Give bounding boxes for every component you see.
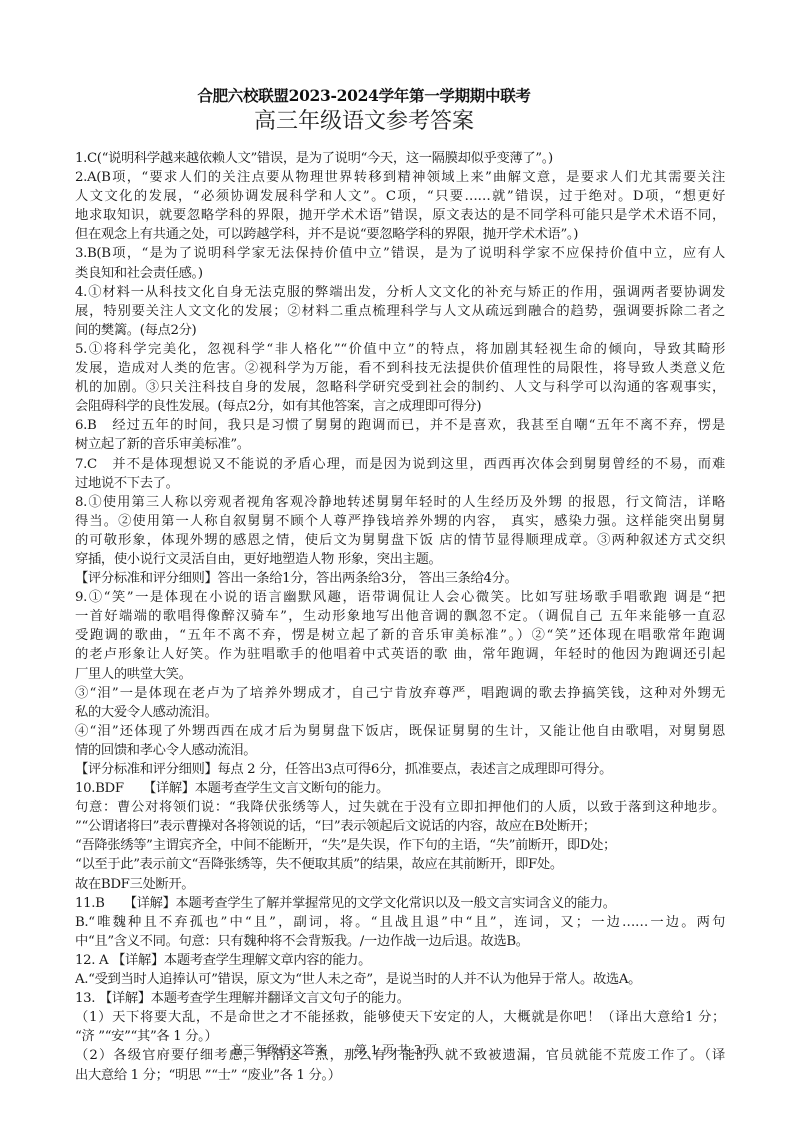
text-line: 展，特别要关注人文文化的发展；②材料二重点梳理科学与人文从疏远到融合的趋势，强调… [75, 302, 725, 321]
text-line: 情的回馈和孝心令人感动流泪。 [75, 741, 725, 760]
text-line: 私的大爱令人感动流泪。 [75, 703, 725, 722]
text-line: 5.①将科学完美化，忽视科学“非人格化”“价值中立”的特点，将加剧其轻视生命的倾… [75, 340, 725, 359]
text-line: 但在观念上有共通之处，可以跨越学科，并不是说“要忽略学科的界限，抛开学术术语”。… [75, 225, 725, 244]
text-line: 会阻碍科学的良性发展。(每点2分，如有其他答案，言之成理即可得分) [75, 397, 725, 416]
text-line: 发展，造成对人类的危害。②视科学为万能，看不到科技无法提供价值理性的局限性，将导… [75, 359, 725, 378]
text-line: 间的樊篱。(每点2分) [75, 321, 725, 340]
text-line: 类良知和社会责任感。) [75, 264, 725, 283]
text-line: 过地说不下去了。 [75, 474, 725, 493]
text-line: 的可敬形象，体现外甥的感恩之情，使后文为舅舅盘下饭 店的情节显得顺理成章。③两种… [75, 531, 725, 550]
text-line: ”“公谓诸将曰”表示曹操对各将领说的话，“曰”表示领起后文说话的内容，故应在B处… [75, 817, 725, 836]
text-line: A.“受到当时人追捧认可”错误，原文为“世人未之奇”，是说当时的人并不认为他异于… [75, 970, 725, 989]
text-line: 2.A(B项，“要求人们的关注点要从物理世界转移到精神领域上来”曲解文意，是要求… [75, 168, 725, 187]
text-line: 机的加剧。③只关注科技自身的发展，忽略科学研究受到社会的制约、人文与科学可以沟通… [75, 378, 725, 397]
page-footer: 高三年级语文答案 第 1 页 共 3 页 [231, 1041, 437, 1058]
text-line: 句意：曹公对将领们说：“我降伏张绣等人，过失就在于没有立即扣押他们的人质，以致于… [75, 798, 725, 817]
text-line: 13. 【详解】本题考查学生理解并翻译文言文句子的能力。 [75, 989, 725, 1008]
text-line: 故在BDF三处断开。 [75, 875, 725, 894]
text-line: 6.B 经过五年的时间，我只是习惯了舅舅的跑调而已，并不是喜欢，我甚至自嘲“五年… [75, 416, 725, 435]
text-line: 8.①使用第三人称以旁观者视角客观冷静地转述舅舅年轻时的人生经历及外甥 的报恩，… [75, 493, 725, 512]
text-line: 7.C 并不是体现想说又不能说的矛盾心理，而是因为说到这里，西西再次体会到舅舅曾… [75, 455, 725, 474]
document-page: 合肥六校联盟2023-2024学年第一学期期中联考 高三年级语文参考答案 1.C… [0, 0, 794, 1123]
text-line: 12. A 【详解】本题考查学生理解文章内容的能力。 [75, 951, 725, 970]
text-line: 受跑调的歌曲，“五年不离不弃，愣是树立起了新的音乐审美标准”。）②“笑”还体现在… [75, 626, 725, 645]
text-line: ③“泪”一是体现在老卢为了培养外甥成才，自己宁肯放弃尊严，唱跑调的歌去挣搞笑钱，… [75, 684, 725, 703]
text-line: 树立起了新的音乐审美标准”。 [75, 435, 725, 454]
text-line: B.“唯魏种且不弃孤也”中“且”，副词，将。“且战且退”中“且”，连词，又；一边… [75, 913, 725, 932]
text-line: 穿插，使小说行文灵活自由，更好地塑造人物 形象，突出主题。 [75, 550, 725, 569]
text-line: 【评分标准和评分细则】每点 2 分，任答出3点可得6分，抓准要点，表述言之成理即… [75, 760, 725, 779]
text-line: 9.①“笑”一是体现在小说的语言幽默风趣，语带调侃让人会心微笑。比如写驻场歌手唱… [75, 588, 725, 607]
text-line: 【评分标准和评分细则】答出一条给1分，答出两条给3分， 答出三条给4分。 [75, 569, 725, 588]
text-line: 人文文化的发展，“必须协调发展科学和人文”。C项，“只要……就”错误，过于绝对。… [75, 187, 725, 206]
text-line: 地求取知识，就要忽略学科的界限，抛开学术术语”错误，原文表达的是不同学科可能只是… [75, 206, 725, 225]
text-line: 1.C(“说明科学越来越依赖人文”错误，是为了说明“今天，这一隔膜却似乎变薄了”… [75, 149, 725, 168]
text-line: ④“泪”还体现了外甥西西在成才后为舅舅盘下饭店，既保证舅舅的生计，又能让他自由歌… [75, 722, 725, 741]
text-line: “吾降张绣等”主谓宾齐全，中间不能断开，“失”是失误，作下句的主语，“失”前断开… [75, 836, 725, 855]
text-line: 11.B 【详解】本题考查学生了解并掌握常见的文学文化常识以及一般文言实词含义的… [75, 894, 725, 913]
text-line: 4.①材料一从科技文化自身无法克服的弊端出发，分析人文文化的补充与矫正的作用，强… [75, 283, 725, 302]
text-line: 10.BDF 【详解】本题考查学生文言文断句的能力。 [75, 779, 725, 798]
document-title: 高三年级语文参考答案 [0, 104, 794, 135]
exam-title: 合肥六校联盟2023-2024学年第一学期期中联考 [0, 84, 794, 106]
text-line: 得当。②使用第一人称自叙舅舅不顾个人尊严挣钱培养外甥的内容， 真实，感染力强。这… [75, 512, 725, 531]
text-line: 出大意给 1 分；“明思 ”“士” “废业”各 1 分。） [75, 1066, 725, 1085]
text-line: 3.B(B项，“是为了说明科学家无法保持价值中立”错误，是为了说明科学家不应保持… [75, 244, 725, 263]
answer-body: 1.C(“说明科学越来越依赖人文”错误，是为了说明“今天，这一隔膜却似乎变薄了”… [75, 149, 725, 1085]
text-line: 一首好端端的歌唱得像醉汉骑车”，生动形象地写出他音调的飘忽不定。（调侃自己 五年… [75, 607, 725, 626]
text-line: “以至于此”表示前文“吾降张绣等，失不便取其质”的结果，故应在其前断开，即F处。 [75, 855, 725, 874]
text-line: 的老卢形象让人好笑。作为驻唱歌手的他唱着中式英语的歌 曲，常年跑调，年轻时的他因… [75, 645, 725, 664]
text-line: （1）天下将要大乱，不是命世之才不能拯救，能够使天下安定的人，大概就是你吧！（译… [75, 1008, 725, 1027]
text-line: 中“且”含义不同。句意：只有魏种将不会背叛我。/一边作战一边后退。故选B。 [75, 932, 725, 951]
text-line: 厂里人的哄堂大笑。 [75, 665, 725, 684]
